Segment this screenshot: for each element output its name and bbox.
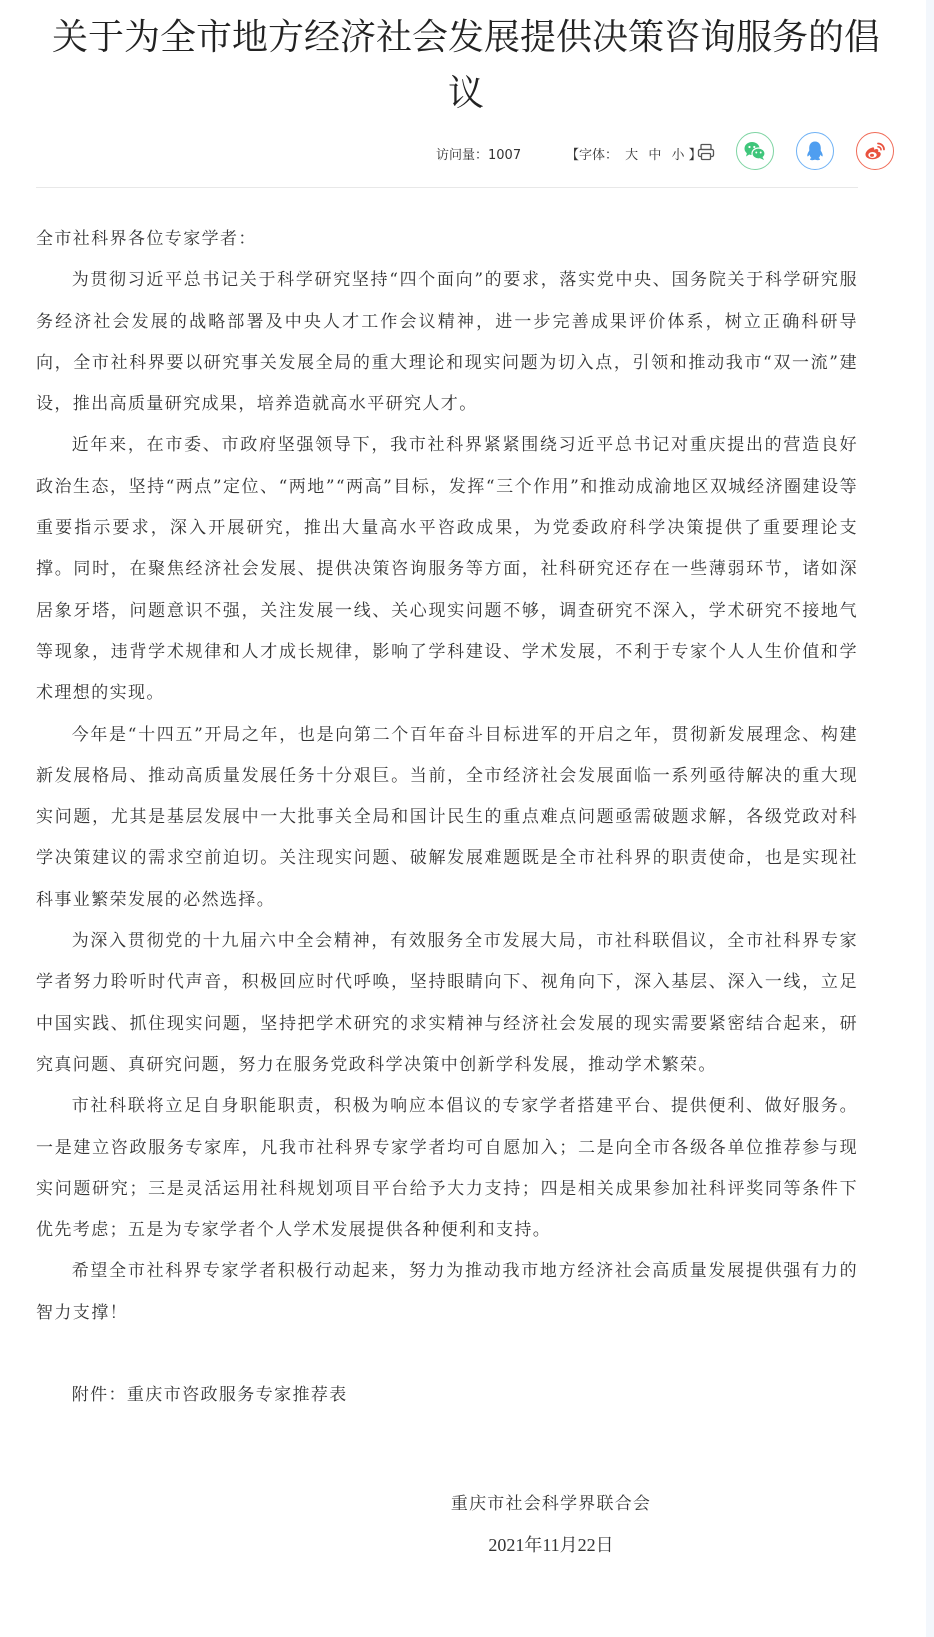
wechat-icon <box>743 140 767 162</box>
signature-date: 2021年11月22日 <box>426 1525 676 1566</box>
signature-org: 重庆市社会科学界联合会 <box>426 1484 676 1525</box>
font-size-prefix: 【字体： <box>566 148 618 163</box>
printer-icon[interactable] <box>696 142 716 162</box>
page-background-strip <box>926 0 934 1637</box>
signature-block: 重庆市社会科学界联合会 2021年11月22日 <box>426 1484 676 1566</box>
weibo-icon <box>863 140 887 162</box>
font-size-large-button[interactable]: 大 <box>625 148 638 163</box>
salutation: 全市社科界各位专家学者： <box>36 219 858 260</box>
attachment-label: 附件： <box>72 1385 127 1405</box>
article-title: 关于为全市地方经济社会发展提供决策咨询服务的倡议 <box>36 0 896 122</box>
share-weibo-button[interactable] <box>856 132 894 170</box>
share-wechat-button[interactable] <box>736 132 774 170</box>
attachment-line: 附件：重庆市咨政服务专家推荐表 <box>36 1375 858 1416</box>
attachment-link[interactable]: 重庆市咨政服务专家推荐表 <box>127 1385 348 1405</box>
article-meta-row: 访问量：1007 【字体： 大 中 小 】 <box>36 132 896 172</box>
body-paragraph-3: 今年是“十四五”开局之年，也是向第二个百年奋斗目标进军的开启之年，贯彻新发展理念… <box>36 715 858 921</box>
article-body: 全市社科界各位专家学者： 为贯彻习近平总书记关于科学研究坚持“四个面向”的要求，… <box>36 219 858 1416</box>
share-qq-button[interactable] <box>796 132 834 170</box>
visit-count: 访问量：1007 <box>436 144 521 163</box>
font-size-medium-button[interactable]: 中 <box>648 148 661 163</box>
body-paragraph-1: 为贯彻习近平总书记关于科学研究坚持“四个面向”的要求，落实党中央、国务院关于科学… <box>36 260 858 425</box>
qq-icon <box>805 140 825 162</box>
body-paragraph-2: 近年来，在市委、市政府坚强领导下，我市社科界紧紧围绕习近平总书记对重庆提出的营造… <box>36 425 858 714</box>
article-page: 关于为全市地方经济社会发展提供决策咨询服务的倡议 访问量：1007 【字体： 大… <box>36 0 896 122</box>
body-paragraph-6: 希望全市社科界专家学者积极行动起来，努力为推动我市地方经济社会高质量发展提供强有… <box>36 1251 858 1334</box>
header-divider <box>36 187 858 188</box>
font-size-small-button[interactable]: 小 <box>671 148 684 163</box>
font-size-control: 【字体： 大 中 小 】 <box>566 144 702 163</box>
body-paragraph-4: 为深入贯彻党的十九届六中全会精神，有效服务全市发展大局，市社科联倡议，全市社科界… <box>36 921 858 1086</box>
body-paragraph-5: 市社科联将立足自身职能职责，积极为响应本倡议的专家学者搭建平台、提供便利、做好服… <box>36 1086 858 1251</box>
